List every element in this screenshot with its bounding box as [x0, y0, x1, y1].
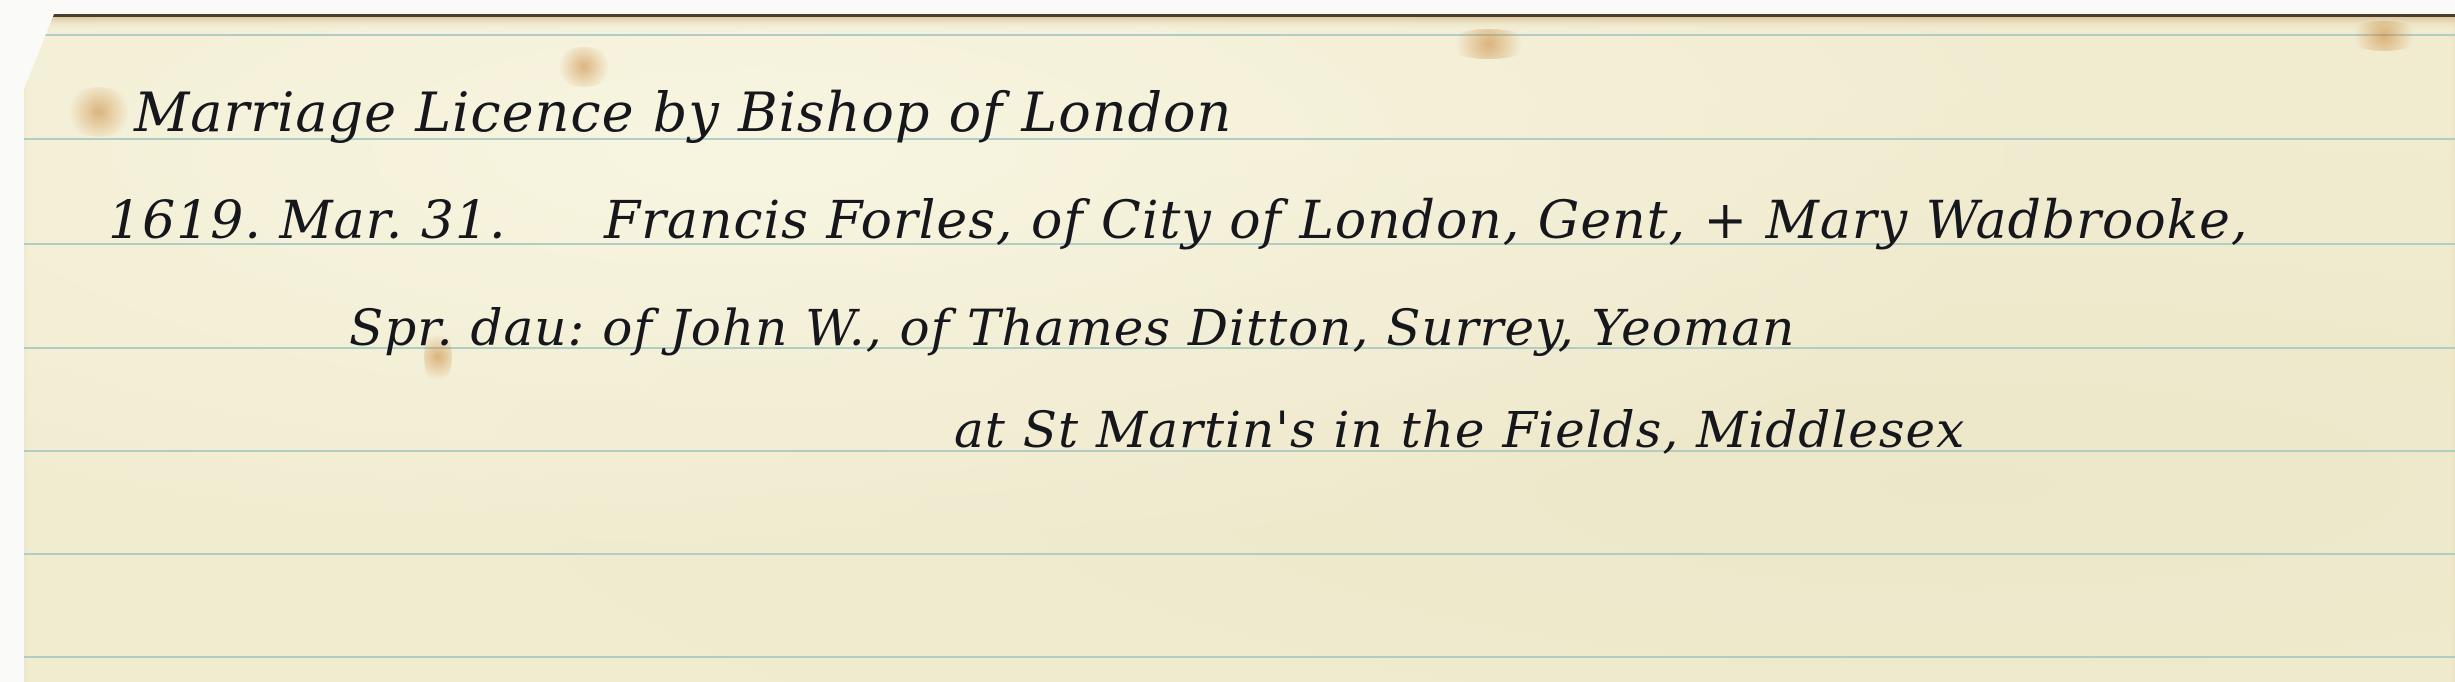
entry-place: at St Martin's in the Fields, Middlesex: [954, 401, 1965, 459]
foxing-stain: [64, 87, 134, 137]
ruled-line: [24, 553, 2455, 555]
index-card: Marriage Licence by Bishop of London 161…: [24, 14, 2455, 682]
entry-date: 1619. Mar. 31.: [108, 191, 507, 251]
card-title: Marriage Licence by Bishop of London: [134, 81, 1232, 144]
entry-bride-details: Spr. dau: of John W., of Thames Ditton, …: [349, 299, 1795, 357]
entry-groom: Francis Forles, of City of London, Gent,…: [604, 191, 2248, 251]
foxing-stain: [2344, 21, 2424, 51]
foxing-stain: [1444, 29, 1534, 59]
ruled-line: [24, 34, 2455, 36]
scanned-page: Marriage Licence by Bishop of London 161…: [0, 0, 2455, 682]
ruled-line: [24, 656, 2455, 658]
